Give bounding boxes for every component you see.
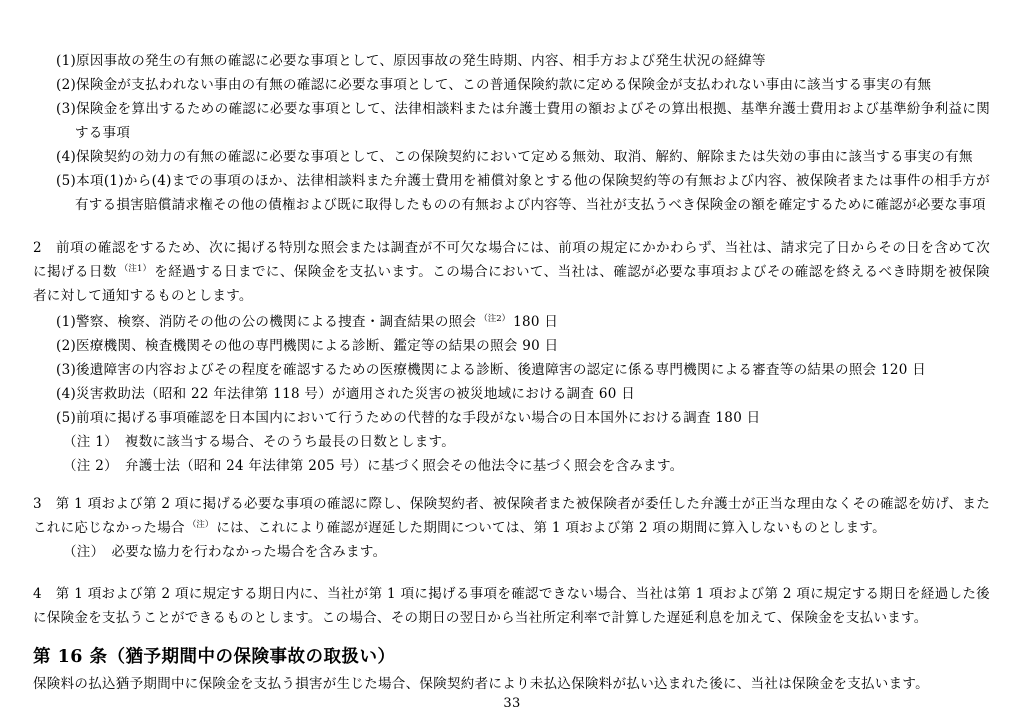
footnote-ref-1: （注1） — [120, 264, 152, 274]
list-item-2-4: (4)災害救助法（昭和 22 年法律第 118 号）が適用された災害の被災地域に… — [33, 382, 990, 406]
footnote-ref-3: （注） — [188, 520, 214, 530]
list-item-2-1-days: 180 日 — [513, 314, 558, 330]
list-item-2-1: (1)警察、検察、消防その他の公の機関による捜査・調査結果の照会（注2）180 … — [33, 310, 990, 334]
footnote-ref-2: （注2） — [479, 314, 510, 324]
page-number: 33 — [0, 696, 1024, 712]
list-item-1-3: (3)保険金を算出するための確認に必要な事項として、法律相談料または弁護士費用の… — [33, 97, 990, 145]
article-16-body: 保険料の払込猶予期間中に保険金を支払う損害が生じた場合、保険契約者により未払込保… — [33, 672, 990, 696]
paragraph-3-text-post: には、これにより確認が遅延した期間については、第 1 項および第 2 項の期間に… — [216, 520, 886, 536]
footnote-1: （注 1） 複数に該当する場合、そのうち最長の日数とします。 — [33, 430, 990, 454]
document-content: (1)原因事故の発生の有無の確認に必要な事項として、原因事故の発生時期、内容、相… — [0, 0, 1024, 696]
paragraph-3: 3 第 1 項および第 2 項に掲げる必要な事項の確認に際し、保険契約者、被保険… — [33, 492, 990, 540]
list-item-1-4: (4)保険契約の効力の有無の確認に必要な事項として、この保険契約において定める無… — [33, 145, 990, 169]
footnote-3: （注） 必要な協力を行わなかった場合を含みます。 — [33, 540, 990, 564]
list-item-2-5: (5)前項に掲げる事項確認を日本国内において行うための代替的な手段がない場合の日… — [33, 406, 990, 430]
list-item-2-2: (2)医療機関、検査機関その他の専門機関による診断、鑑定等の結果の照会 90 日 — [33, 334, 990, 358]
article-16-heading: 第 16 条（猶予期間中の保険事故の取扱い） — [33, 644, 990, 670]
paragraph-2: 2 前項の確認をするため、次に掲げる特別な照会または調査が不可欠な場合には、前項… — [33, 236, 990, 308]
list-item-2-1-text: (1)警察、検察、消防その他の公の機関による捜査・調査結果の照会 — [56, 314, 476, 330]
clause-list-2: (1)警察、検察、消防その他の公の機関による捜査・調査結果の照会（注2）180 … — [33, 310, 990, 478]
document-page: (1)原因事故の発生の有無の確認に必要な事項として、原因事故の発生時期、内容、相… — [0, 0, 1024, 726]
clause-list-1: (1)原因事故の発生の有無の確認に必要な事項として、原因事故の発生時期、内容、相… — [33, 49, 990, 217]
paragraph-2-text-post: を経過する日までに、保険金を支払います。この場合において、当社は、確認が必要な事… — [33, 264, 990, 304]
list-item-1-1: (1)原因事故の発生の有無の確認に必要な事項として、原因事故の発生時期、内容、相… — [33, 49, 990, 73]
list-item-1-5: (5)本項(1)から(4)までの事項のほか、法律相談料また弁護士費用を補償対象と… — [33, 169, 990, 217]
list-item-2-3: (3)後遺障害の内容およびその程度を確認するための医療機関による診断、後遺障害の… — [33, 358, 990, 382]
paragraph-4: 4 第 1 項および第 2 項に規定する期日内に、当社が第 1 項に掲げる事項を… — [33, 582, 990, 630]
footnote-2: （注 2） 弁護士法（昭和 24 年法律第 205 号）に基づく照会その他法令に… — [33, 454, 990, 478]
list-item-1-2: (2)保険金が支払われない事由の有無の確認に必要な事項として、この普通保険約款に… — [33, 73, 990, 97]
